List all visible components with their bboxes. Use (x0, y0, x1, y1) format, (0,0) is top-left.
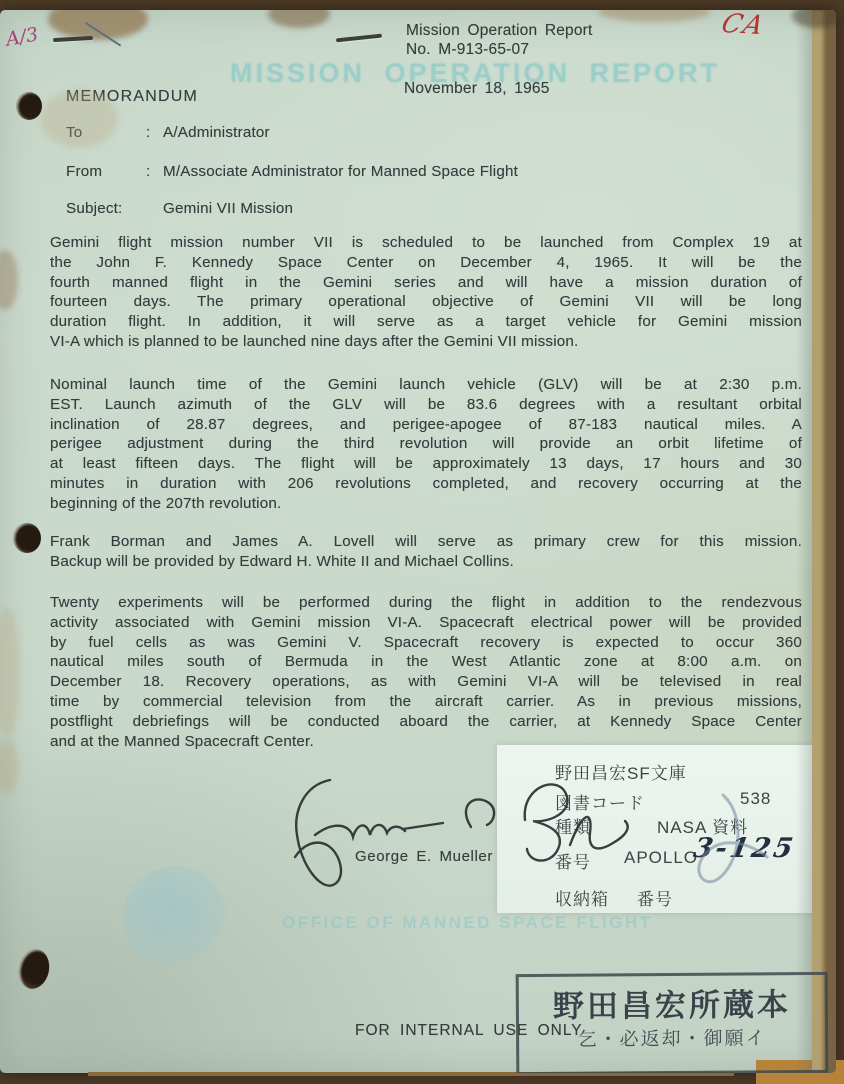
from-colon: : (146, 163, 150, 180)
body-line: by fuel cells as was Gemini V. Spacecraf… (50, 633, 802, 653)
stain (268, 10, 330, 28)
body-line: fourth manned flight in the Gemini serie… (50, 273, 802, 293)
page-edge-shadow (796, 10, 812, 1073)
body-line: time by commercial television from the a… (50, 692, 802, 712)
body-line: Twenty experiments will be performed dur… (50, 593, 802, 613)
body-line: nautical miles south of Bermuda in the W… (50, 652, 802, 672)
body-line: fourteen days. The primary operational o… (50, 292, 802, 312)
stain (0, 250, 18, 310)
to-colon: : (146, 124, 150, 141)
body-line: the John F. Kennedy Space Center on Dece… (50, 253, 802, 273)
stain (598, 10, 710, 22)
body-line: VI-A which is planned to be launched nin… (50, 332, 802, 352)
body-line: beginning of the 207th revolution. (50, 494, 802, 514)
staple-mark (336, 34, 382, 43)
stain (40, 90, 118, 148)
ownership-stamp-note: 乞・必返却・御願イ (527, 1023, 817, 1052)
staple-mark (53, 36, 93, 42)
body-line: duration flight. In addition, it will se… (50, 312, 802, 332)
report-number: No. M-913-65-07 (406, 41, 593, 60)
to-value: A/Administrator (163, 124, 270, 141)
body-paragraph: Nominal launch time of the Gemini launch… (50, 375, 802, 514)
punch-hole (15, 946, 53, 991)
page-stack-edge-dark (826, 10, 836, 1073)
report-title: Mission Operation Report No. M-913-65-07 (406, 22, 593, 59)
body-line: at least fifteen days. The flight will b… (50, 454, 802, 474)
stain (0, 608, 20, 738)
body-line: Frank Borman and James A. Lovell will se… (50, 532, 802, 552)
body-line: activity associated with Gemini mission … (50, 613, 802, 633)
body-line: inclination of 28.87 degrees, and perige… (50, 415, 802, 435)
subject-label: Subject: (66, 200, 122, 217)
body-line: Backup will be provided by Edward H. Whi… (50, 552, 802, 572)
body-line: Gemini flight mission number VII is sche… (50, 233, 802, 253)
ownership-stamp-name: 野田昌宏所蔵本 (531, 979, 813, 1026)
signature-typed-name: George E. Mueller (355, 848, 493, 865)
memo-date: November 18, 1965 (404, 80, 550, 98)
body-paragraph: Gemini flight mission number VII is sche… (50, 233, 802, 352)
body-line: December 18. Recovery operations, as wit… (50, 672, 802, 692)
from-label: From (66, 163, 102, 180)
handwritten-mark-top-left: A/3 (4, 23, 40, 50)
body-line: postflight debriefings will be conducted… (50, 712, 802, 732)
body-paragraph: Frank Borman and James A. Lovell will se… (50, 532, 802, 572)
punch-hole (16, 92, 42, 120)
page-stack-edge (812, 10, 826, 1073)
body-line: perigee adjustment during the third revo… (50, 434, 802, 454)
signature-flourish (699, 795, 767, 882)
body-paragraph: Twenty experiments will be performed dur… (50, 593, 802, 751)
stain (48, 10, 148, 40)
body-line: EST. Launch azimuth of the GLV will be 8… (50, 395, 802, 415)
body-line: Nominal launch time of the Gemini launch… (50, 375, 802, 395)
from-value: M/Associate Administrator for Manned Spa… (163, 163, 518, 180)
subject-value: Gemini VII Mission (163, 200, 293, 217)
watermark-office-of-manned-space-flight: OFFICE OF MANNED SPACE FLIGHT (282, 913, 653, 933)
nasa-meatball-watermark-icon (123, 866, 227, 970)
ownership-stamp: 野田昌宏所蔵本 乞・必返却・御願イ (516, 972, 829, 1073)
handwritten-mark-top-right: CA (718, 10, 769, 41)
stain (0, 740, 18, 794)
signature-ink (275, 765, 795, 905)
scanned-memo-photo: { "annotations": { "top_left_mark": "A/3… (0, 0, 844, 1084)
report-title-line1: Mission Operation Report (406, 22, 593, 41)
body-line: minutes in duration with 206 revolutions… (50, 474, 802, 494)
punch-hole (13, 523, 41, 553)
memo-page: MISSION OPERATION REPORT A/3 CA Mission … (0, 10, 836, 1073)
